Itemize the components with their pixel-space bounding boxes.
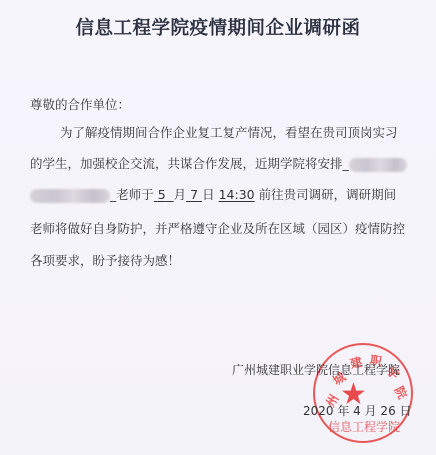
letter-page: 信息工程学院疫情期间企业调研函 尊敬的合作单位： 为了解疫情期间合作企业复工复产… xyxy=(0,0,436,455)
salutation: 尊敬的合作单位： xyxy=(30,95,130,113)
body-line-3: _老师于 5 月 7 日 14:30 前往贵司调研，调研期间 xyxy=(30,185,396,203)
stamp-bottom-text: 信息工程学院 xyxy=(328,418,400,435)
body-line-2-text: 的学生，加强校企交流，共谋合作发展，近期学院将安排_ xyxy=(30,156,349,171)
redacted-name-2 xyxy=(30,189,110,203)
body-line-2: 的学生，加强校企交流，共谋合作发展，近期学院将安排_ xyxy=(30,154,407,172)
signature-date: 2020 年 4 月 26 日 xyxy=(303,402,412,419)
body-line-4: 老师将做好自身防护，并严格遵守企业及所在区域（园区）疫情防控 xyxy=(30,219,405,237)
body-line-1: 为了解疫情期间合作企业复工复产情况，看望在贵司顶岗实习 xyxy=(60,123,398,141)
line3-prefix: _老师于 xyxy=(110,187,154,202)
month-label: 月 xyxy=(174,187,187,202)
visit-month: 5 xyxy=(154,187,174,202)
document-title: 信息工程学院疫情期间企业调研函 xyxy=(0,14,436,40)
day-label: 日 xyxy=(202,187,215,202)
visit-time: 14:30 xyxy=(219,187,255,202)
visit-day: 7 xyxy=(186,187,202,202)
redacted-name-1 xyxy=(349,158,407,172)
signature-institution: 广州城建职业学院信息工程学院 xyxy=(232,361,400,378)
body-line-5: 各项要求，盼予接待为感！ xyxy=(30,251,180,269)
line3-suffix: 前往贵司调研，调研期间 xyxy=(259,187,397,202)
